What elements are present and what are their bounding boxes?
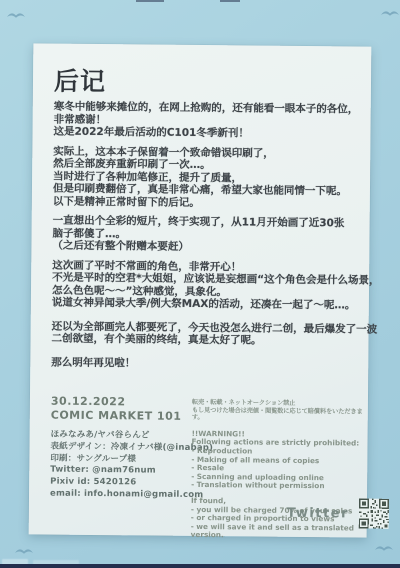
photo-background: 后记 寒冬中能够来摊位的，在网上抢购的，还有能看一眼本子的各位， 非常感谢！ 这… bbox=[0, 0, 400, 568]
paragraph-thanks: 寒冬中能够来摊位的，在网上抢购的，还有能看一眼本子的各位， 非常感谢！ 这是20… bbox=[53, 101, 353, 141]
warning-item: - Translation without permission bbox=[191, 481, 363, 491]
page-title: 后记 bbox=[54, 62, 106, 98]
event-name: COMIC MARKET 101 bbox=[51, 409, 201, 424]
text-line: 这是2022年最后活动的C101冬季新刊！ bbox=[53, 126, 353, 141]
credit-cover-design: 表紙デザイン：冷凍イナバ様(@inabap) bbox=[50, 441, 200, 454]
bird-icon bbox=[374, 543, 394, 552]
paragraph-seeyou: 那么明年再见啦！ bbox=[51, 356, 351, 371]
paragraph-characters: 这次画了平时不常画的角色，非常开心！ 不光是平时的空君*大姐姐，应该说是妄想画“… bbox=[52, 259, 352, 312]
notice-line: もし見つけた場合は売値・閲覧数に応じて賠償料をいただきます。 bbox=[192, 407, 364, 424]
bird-icon bbox=[380, 8, 400, 17]
photo-bottom-edge bbox=[0, 564, 400, 568]
afterword-page: 后记 寒冬中能够来摊位的，在网上抢购的，还有能看一眼本子的各位， 非常感谢！ 这… bbox=[29, 43, 372, 537]
photo-top-edge bbox=[0, 0, 400, 2]
credits-block: ほみなみあ/ヤバ谷らんど 表紙デザイン：冷凍イナバ様(@inabap) 印刷：サ… bbox=[50, 430, 201, 502]
qr-code-icon bbox=[359, 499, 389, 529]
twitter-label: Twitter bbox=[287, 505, 349, 521]
afterword-body: 寒冬中能够来摊位的，在网上抢购的，还有能看一眼本子的各位， 非常感谢！ 这是20… bbox=[51, 101, 354, 379]
credit-email: email: info.honami@gmail.com bbox=[50, 489, 200, 502]
bird-icon bbox=[14, 546, 34, 555]
resale-notice-jp: 転売・転載・ネットオークション禁止 もし見つけた場合は売値・閲覧数に応じて賠償料… bbox=[192, 399, 364, 423]
event-date: 30.12.2022 bbox=[51, 395, 201, 410]
bird-icon bbox=[6, 10, 26, 19]
paragraph-finish: 还以为全部画完人都要死了，今天也没怎么进行二创，最后爆发了一波 二创欲望，有个美… bbox=[51, 320, 351, 348]
warning-block: !!WARNING!! Following actions are strict… bbox=[191, 430, 364, 492]
text-line: 那么明年再见啦！ bbox=[51, 356, 351, 371]
text-line: 说道女神异闻录大季/例大祭MAX的活动，还凑在一起了～呢…。 bbox=[52, 297, 352, 312]
text-line: （之后还有整个附赠本要赶） bbox=[52, 240, 352, 255]
colophon-left: 30.12.2022 COMIC MARKET 101 ほみなみあ/ヤバ谷らんど… bbox=[50, 395, 201, 502]
twitter-qr-row: Twitter bbox=[287, 498, 389, 529]
paragraph-misprint: 实际上，这本本子保留着一个致命错误印刷了， 然后全部废弃重新印刷了一次…。 当时… bbox=[53, 145, 354, 210]
paragraph-fullcolor: 一直想出个全彩的短片，终于实现了，从11月开始画了近30张 脑子都傻了…。 （之… bbox=[52, 215, 352, 255]
